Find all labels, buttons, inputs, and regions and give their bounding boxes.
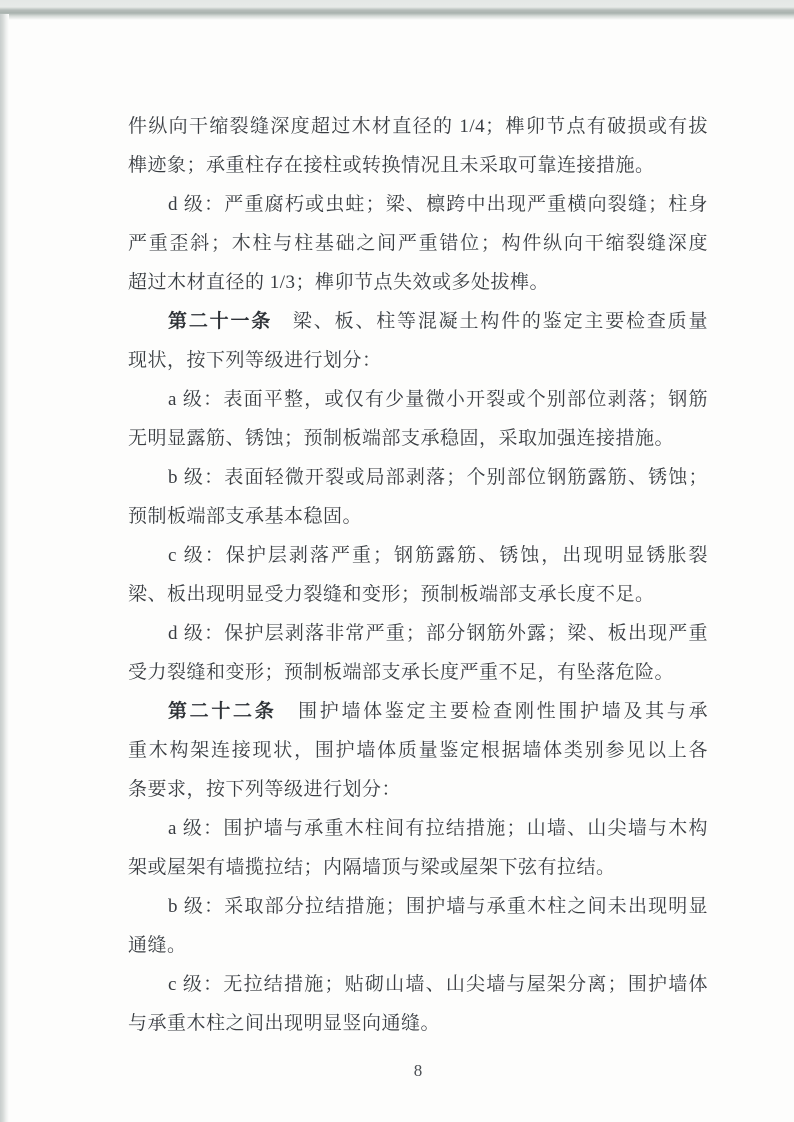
text-line: 架或屋架有墙揽拉结；内隔墙顶与梁或屋架下弦有拉结。 [128, 848, 708, 887]
text-line: 第二十一条 梁、板、柱等混凝土构件的鉴定主要检查质量 [128, 302, 708, 341]
text-line: 件纵向干缩裂缝深度超过木材直径的 1/4；榫卯节点有破损或有拔 [128, 107, 708, 146]
paragraph: d 级：保护层剥落非常严重；部分钢筋外露；梁、板出现严重受力裂缝和变形；预制板端… [128, 614, 708, 692]
text-line: 预制板端部支承基本稳固。 [128, 497, 708, 536]
paragraph: c 级：保护层剥落严重；钢筋露筋、锈蚀，出现明显锈胀裂缝；梁、板出现明显受力裂缝… [128, 536, 708, 614]
text-line: 超过木材直径的 1/3；榫卯节点失效或多处拔榫。 [128, 263, 708, 302]
scan-edge-top [0, 0, 794, 20]
text-line: d 级：保护层剥落非常严重；部分钢筋外露；梁、板出现严重 [128, 614, 708, 653]
text-line: a 级：围护墙与承重木柱间有拉结措施；山墙、山尖墙与木构 [128, 809, 708, 848]
paragraph: c 级：无拉结措施；贴砌山墙、山尖墙与屋架分离；围护墙体与承重木柱之间出现明显竖… [128, 965, 708, 1043]
text-line: 榫迹象；承重柱存在接柱或转换情况且未采取可靠连接措施。 [128, 146, 708, 185]
paragraph: a 级：围护墙与承重木柱间有拉结措施；山墙、山尖墙与木构架或屋架有墙揽拉结；内隔… [128, 809, 708, 887]
paragraph: 第二十二条 围护墙体鉴定主要检查刚性围护墙及其与承重木构架连接现状，围护墙体质量… [128, 692, 708, 809]
text-line: 与承重木柱之间出现明显竖向通缝。 [128, 1004, 708, 1043]
paragraph: b 级：表面轻微开裂或局部剥落；个别部位钢筋露筋、锈蚀；预制板端部支承基本稳固。 [128, 458, 708, 536]
text-line: a 级：表面平整，或仅有少量微小开裂或个别部位剥落；钢筋 [128, 380, 708, 419]
paragraph: a 级：表面平整，或仅有少量微小开裂或个别部位剥落；钢筋无明显露筋、锈蚀；预制板… [128, 380, 708, 458]
paragraph: d 级：严重腐朽或虫蛀；梁、檩跨中出现严重横向裂缝；柱身严重歪斜；木柱与柱基础之… [128, 185, 708, 302]
text-line: b 级：表面轻微开裂或局部剥落；个别部位钢筋露筋、锈蚀； [128, 458, 708, 497]
document-page: 件纵向干缩裂缝深度超过木材直径的 1/4；榫卯节点有破损或有拔榫迹象；承重柱存在… [0, 0, 794, 1122]
text-line: c 级：无拉结措施；贴砌山墙、山尖墙与屋架分离；围护墙体 [128, 965, 708, 1004]
text-line: 梁、板出现明显受力裂缝和变形；预制板端部支承长度不足。 [128, 575, 708, 614]
text-line: 受力裂缝和变形；预制板端部支承长度严重不足，有坠落危险。 [128, 653, 708, 692]
text-line: 通缝。 [128, 926, 708, 965]
paragraph: b 级：采取部分拉结措施；围护墙与承重木柱之间未出现明显通缝。 [128, 887, 708, 965]
text-line: b 级：采取部分拉结措施；围护墙与承重木柱之间未出现明显 [128, 887, 708, 926]
text-line: 无明显露筋、锈蚀；预制板端部支承稳固，采取加强连接措施。 [128, 419, 708, 458]
document-body: 件纵向干缩裂缝深度超过木材直径的 1/4；榫卯节点有破损或有拔榫迹象；承重柱存在… [128, 107, 708, 1043]
paragraph: 件纵向干缩裂缝深度超过木材直径的 1/4；榫卯节点有破损或有拔榫迹象；承重柱存在… [128, 107, 708, 185]
paragraph: 第二十一条 梁、板、柱等混凝土构件的鉴定主要检查质量现状，按下列等级进行划分： [128, 302, 708, 380]
scan-edge-left [0, 14, 9, 1122]
text-line: 严重歪斜；木柱与柱基础之间严重错位；构件纵向干缩裂缝深度 [128, 224, 708, 263]
text-line: d 级：严重腐朽或虫蛀；梁、檩跨中出现严重横向裂缝；柱身 [128, 185, 708, 224]
text-line: 现状，按下列等级进行划分： [128, 341, 708, 380]
text-line: c 级：保护层剥落严重；钢筋露筋、锈蚀，出现明显锈胀裂缝； [128, 536, 708, 575]
text-line: 条要求，按下列等级进行划分： [128, 770, 708, 809]
text-line: 第二十二条 围护墙体鉴定主要检查刚性围护墙及其与承 [128, 692, 708, 731]
article-number: 第二十一条 [168, 311, 272, 332]
text-line: 重木构架连接现状，围护墙体质量鉴定根据墙体类别参见以上各 [128, 731, 708, 770]
page-number: 8 [128, 1058, 708, 1084]
article-number: 第二十二条 [168, 701, 276, 722]
